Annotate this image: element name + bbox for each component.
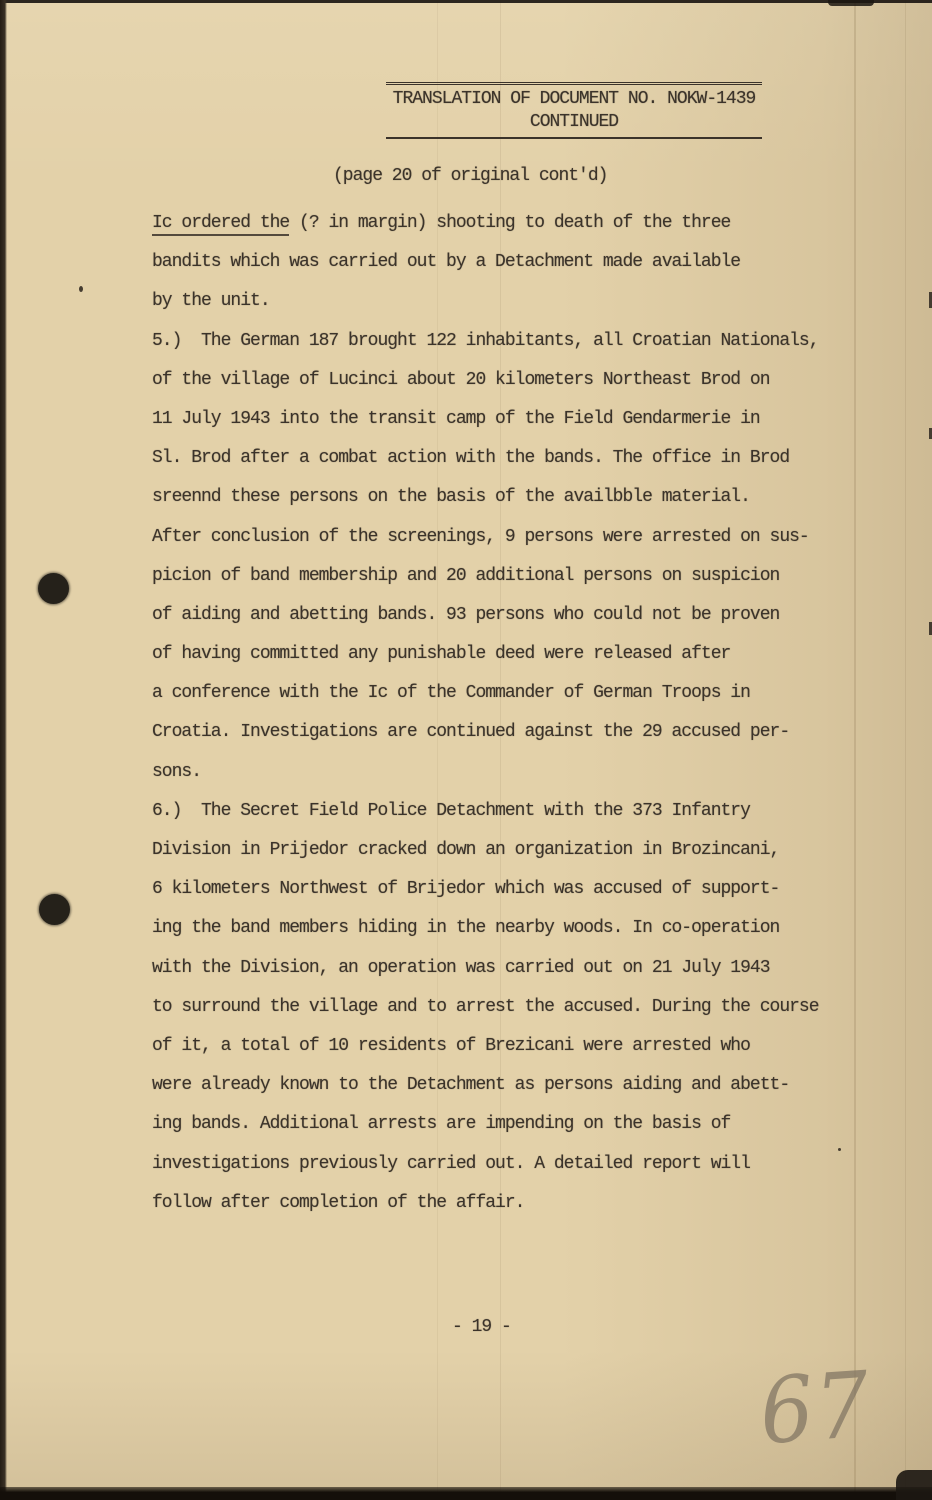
underlined-text: Ic ordered the: [152, 213, 289, 236]
text-line: of the village of Lucinci about 20 kilom…: [152, 361, 852, 400]
text-line: to surround the village and to arrest th…: [152, 988, 852, 1027]
punch-hole-bottom: [39, 894, 70, 925]
text-line: Division in Prijedor cracked down an org…: [152, 831, 852, 870]
scan-edge-left: [0, 0, 7, 1500]
scanned-document: { "document": { "header": { "line1": "TR…: [0, 0, 932, 1500]
text-line: 6 kilometers Northwest of Brijedor which…: [152, 870, 852, 909]
text-line: sons.: [152, 753, 852, 792]
text-line: Ic ordered the (? in margin) shooting to…: [152, 204, 852, 243]
body-text: Ic ordered the (? in margin) shooting to…: [152, 204, 852, 1223]
scan-edge-bottom-right-corner: [896, 1470, 932, 1500]
scan-edge-top: [0, 0, 932, 3]
paper-streak: [854, 0, 856, 1500]
text-line: ing the band members hiding in the nearb…: [152, 909, 852, 948]
paper-streak: [905, 0, 906, 1500]
text-line: bandits which was carried out by a Detac…: [152, 243, 852, 282]
text-line: were already known to the Detachment as …: [152, 1066, 852, 1105]
text-line: by the unit.: [152, 282, 852, 321]
text-line: of having committed any punishable deed …: [152, 635, 852, 674]
scan-edge-bottom: [0, 1487, 932, 1500]
text-line: of it, a total of 10 residents of Brezic…: [152, 1027, 852, 1066]
text-line: with the Division, an operation was carr…: [152, 949, 852, 988]
text-line: 11 July 1943 into the transit camp of th…: [152, 400, 852, 439]
paper-speck: [79, 286, 83, 292]
header-continued-label: CONTINUED: [386, 111, 762, 134]
text-line: sreennd these persons on the basis of th…: [152, 478, 852, 517]
header-document-title: TRANSLATION OF DOCUMENT NO. NOKW-1439: [386, 88, 762, 111]
text-line: 5.) The German 187 brought 122 inhabitan…: [152, 322, 852, 361]
text-line: of aiding and abetting bands. 93 persons…: [152, 596, 852, 635]
page-number: - 19 -: [452, 1317, 511, 1337]
text-line: investigations previously carried out. A…: [152, 1145, 852, 1184]
handwritten-annotation: 67: [757, 1359, 874, 1457]
text-line: After conclusion of the screenings, 9 pe…: [152, 518, 852, 557]
document-page: TRANSLATION OF DOCUMENT NO. NOKW-1439 CO…: [0, 0, 932, 1500]
scan-edge-top-blob: [828, 0, 874, 6]
subheading-page-note: (page 20 of original cont'd): [333, 166, 607, 186]
text-line: Sl. Brod after a combat action with the …: [152, 439, 852, 478]
punch-hole-top: [38, 573, 69, 604]
text-line: Croatia. Investigations are continued ag…: [152, 713, 852, 752]
text-line: follow after completion of the affair.: [152, 1184, 852, 1223]
header-stamp: TRANSLATION OF DOCUMENT NO. NOKW-1439 CO…: [386, 82, 762, 139]
text-line: ing bands. Additional arrests are impend…: [152, 1105, 852, 1144]
text-line: a conference with the Ic of the Commande…: [152, 674, 852, 713]
text-line: picion of band membership and 20 additio…: [152, 557, 852, 596]
text-line: 6.) The Secret Field Police Detachment w…: [152, 792, 852, 831]
